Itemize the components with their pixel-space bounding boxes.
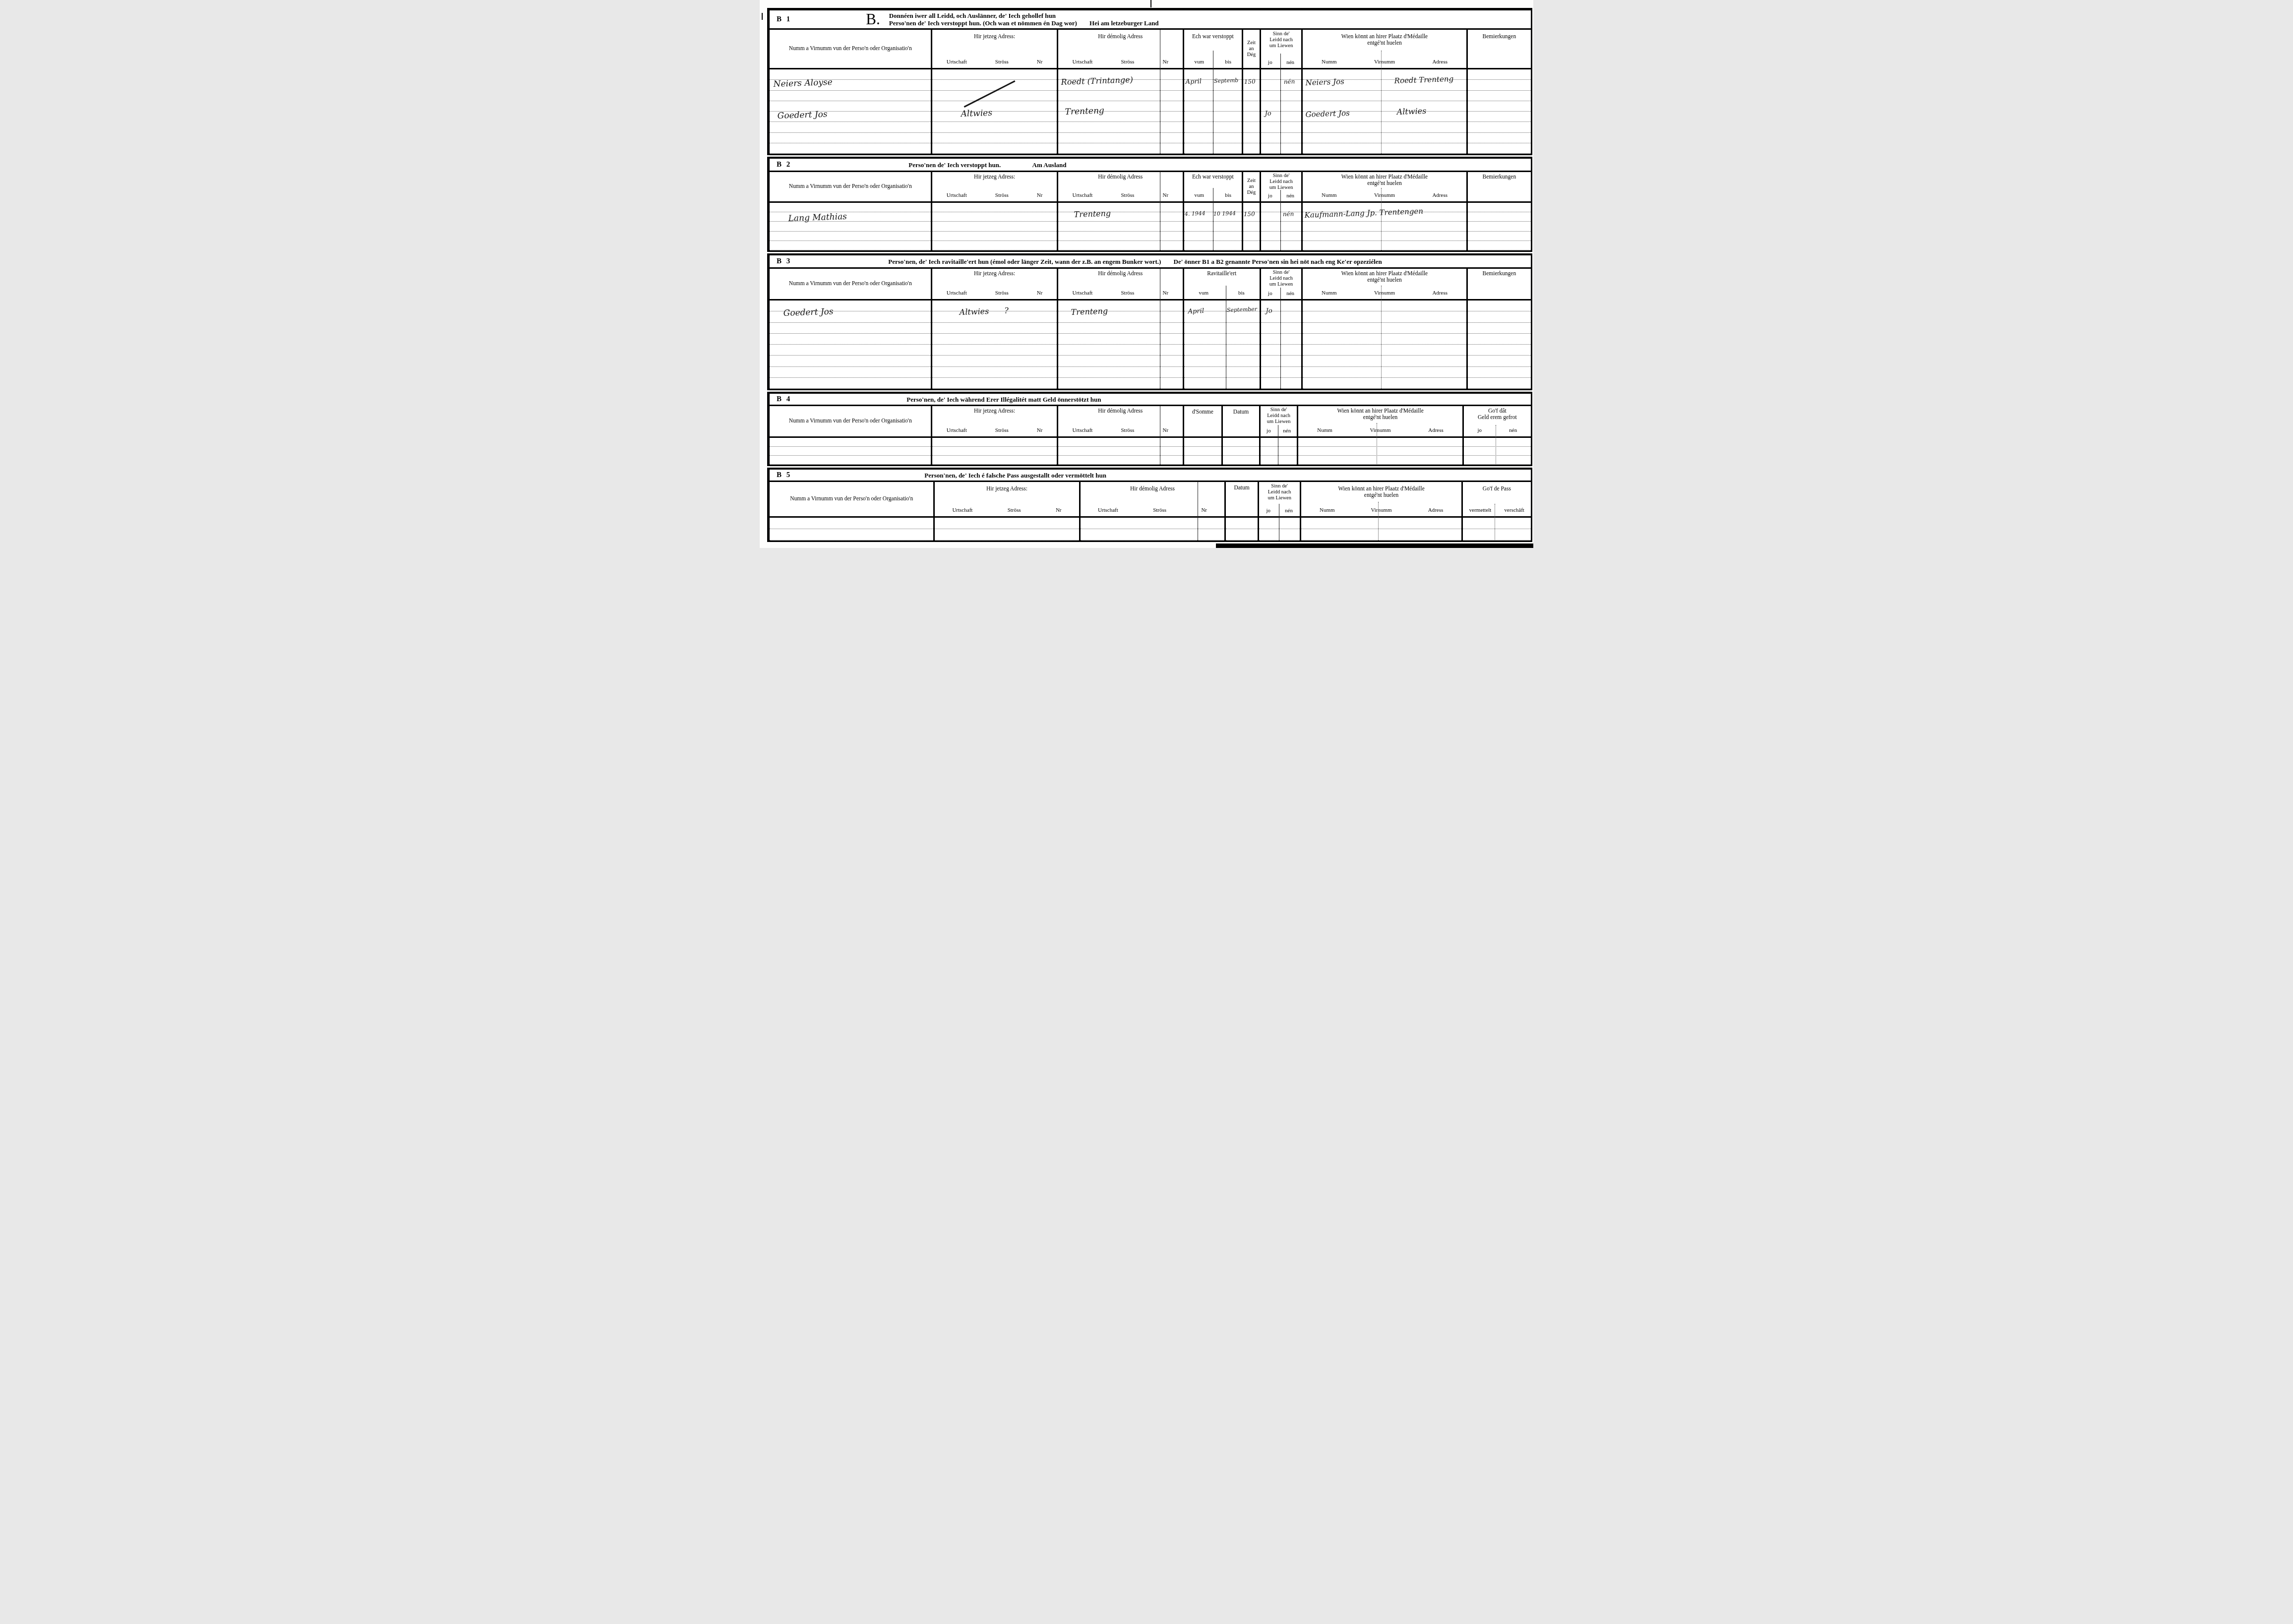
writing-guide-line xyxy=(1468,232,1531,241)
writing-guide-line xyxy=(770,447,931,456)
divider-nr xyxy=(1198,482,1198,541)
section-b3: B 3 Perso'nen, de' Iech ravitaille'ert h… xyxy=(767,253,1532,390)
writing-guide-line xyxy=(770,133,931,143)
writing-guide-line xyxy=(1058,91,1183,101)
writing-guide-line xyxy=(1261,143,1302,154)
divider-vum-bis xyxy=(1226,286,1226,389)
writing-guide-line xyxy=(1243,133,1260,143)
b5-current-address-header: Hir jetzeg Adress: Urtschaft Ströss Nr xyxy=(935,482,1079,518)
handwriting-b1r1-medal-adress: Roedt Trenteng xyxy=(1394,74,1454,85)
b2-alive-data: nén xyxy=(1261,203,1302,250)
handwriting-b1r2-name: Goedert Jos xyxy=(777,109,828,121)
b2-section-header: B 2 Perso'nen de' Iech verstoppt hun. Am… xyxy=(770,159,1531,172)
writing-guide-line xyxy=(770,356,931,366)
writing-guide-line xyxy=(1261,456,1297,465)
b2-col-alive: Sinn de' Leidd nach um Liewen jo nén nén xyxy=(1261,172,1303,250)
writing-guide-line xyxy=(1468,122,1531,132)
b4-current-address-data xyxy=(932,438,1057,465)
b1-name-data: Neiers Aloyse Goedert Jos xyxy=(770,69,931,154)
writing-guide-line xyxy=(1303,222,1466,231)
writing-guide-line xyxy=(932,447,1057,456)
writing-guide-line xyxy=(770,232,931,241)
writing-guide-line xyxy=(1303,143,1466,154)
b2-former-address-header: Hir démolig Adress Urtschaft Ströss Nr xyxy=(1058,172,1183,203)
b4-name-data xyxy=(770,438,931,465)
writing-guide-line xyxy=(1261,203,1302,212)
writing-guide-line xyxy=(1184,438,1222,447)
b2-current-address-data xyxy=(932,203,1057,250)
b3-current-address-header: Hir jetzeg Adress: Urtschaft Ströss Nr xyxy=(932,269,1057,301)
b1-former-address-header: Hir démolig Adress Urtschaft Ströss Nr xyxy=(1058,30,1183,69)
writing-guide-line xyxy=(1058,241,1183,250)
writing-guide-line xyxy=(1261,69,1302,80)
b2-col-hidden-period: Ech war verstoppt vum bis 4. 1944 10 194… xyxy=(1184,172,1243,250)
b3-alive-header: Sinn de' Leidd nach um Liewen jo nén xyxy=(1261,269,1302,301)
writing-guide-line xyxy=(1468,345,1531,356)
handwriting-b1r1-former: Roedt (Trintange) xyxy=(1061,75,1133,87)
writing-guide-line xyxy=(1243,222,1260,231)
writing-guide-line xyxy=(1261,80,1302,90)
scan-artifact-mark-left xyxy=(762,13,763,20)
divider-vum-bis xyxy=(1213,188,1213,250)
writing-guide-line xyxy=(1301,529,1461,541)
b1-col-name: Numm a Virnumm vun der Perso'n oder Orga… xyxy=(770,30,932,154)
handwriting-b1r1-vum: April xyxy=(1185,78,1202,86)
writing-guide-line xyxy=(770,529,933,541)
writing-guide-line xyxy=(1261,323,1302,334)
handwriting-b1r2-former: Trenteng xyxy=(1065,106,1104,117)
writing-guide-line xyxy=(1468,80,1531,90)
writing-guide-line xyxy=(770,323,931,334)
handwriting-b2r1-zeit: 150 xyxy=(1244,210,1255,218)
writing-guide-line xyxy=(932,122,1057,132)
writing-guide-line xyxy=(1058,222,1183,231)
b2-remarks-header: Bemierkungen xyxy=(1468,172,1531,203)
scan-artifact-tick-top xyxy=(1150,0,1151,7)
form-letter-b: B. xyxy=(866,12,880,26)
b1-col-former-address: Hir démolig Adress Urtschaft Ströss Nr R… xyxy=(1058,30,1184,154)
writing-guide-line xyxy=(1468,323,1531,334)
writing-guide-line xyxy=(1303,356,1466,366)
writing-guide-line xyxy=(1261,122,1302,132)
b1-name-header: Numm a Virnumm vun der Perso'n oder Orga… xyxy=(770,30,931,69)
writing-guide-line xyxy=(1261,378,1302,389)
b5-name-data xyxy=(770,518,933,541)
divider-virnumm-adress xyxy=(1381,188,1382,250)
b1-current-address-data: Altwies xyxy=(932,69,1057,154)
writing-guide-line xyxy=(1468,101,1531,112)
writing-guide-line xyxy=(1243,241,1260,250)
section-b2: B 2 Perso'nen de' Iech verstoppt hun. Am… xyxy=(767,157,1532,252)
b5-col-former-address: Hir démolig Adress Urtschaft Ströss Nr xyxy=(1081,482,1226,541)
b5-former-address-header: Hir démolig Adress Urtschaft Ströss Nr xyxy=(1081,482,1224,518)
b5-section-header: B 5 Person'nen, de' Iech é falsche Pass … xyxy=(770,470,1531,482)
writing-guide-line xyxy=(932,222,1057,231)
b3-col-name: Numm a Virnumm vun der Perso'n oder Orga… xyxy=(770,269,932,389)
writing-guide-line xyxy=(1223,456,1259,465)
b1-title-bold: Hei am letzeburger Land xyxy=(1089,19,1159,27)
scan-artifact-bar-bottom xyxy=(1216,543,1533,548)
b3-medal-header: Wien könnt an hirer Plaatz d'Médaille en… xyxy=(1303,269,1466,301)
writing-guide-line xyxy=(1298,456,1462,465)
writing-guide-line xyxy=(1243,122,1260,132)
writing-guide-line xyxy=(1468,133,1531,143)
writing-guide-line xyxy=(932,80,1057,90)
writing-guide-line xyxy=(1464,447,1531,456)
writing-guide-line xyxy=(1058,378,1183,389)
b1-medal-data: Neiers Jos Roedt Trenteng Goedert Jos Al… xyxy=(1303,69,1466,154)
b4-col-name: Numm a Virnumm vun der Perso'n oder Orga… xyxy=(770,406,932,465)
handwriting-b1r1-name: Neiers Aloyse xyxy=(773,77,833,89)
handwriting-b3r1-current: Altwies ? xyxy=(960,306,1009,317)
b3-alive-data: Jo xyxy=(1261,301,1302,389)
divider-nr xyxy=(1160,30,1160,154)
b2-col-current-address: Hir jetzeg Adress: Urtschaft Ströss Nr xyxy=(932,172,1058,250)
b4-medal-data xyxy=(1298,438,1462,465)
b5-col-name: Numm a Virnumm vun der Perso'n oder Orga… xyxy=(770,482,935,541)
handwriting-b2r1-vum: 4. 1944 xyxy=(1184,210,1205,217)
writing-guide-line xyxy=(1243,91,1260,101)
writing-guide-line xyxy=(1468,112,1531,122)
divider-jo-nen xyxy=(1496,425,1496,465)
writing-guide-line xyxy=(1058,356,1183,366)
b1-col-hidden-period: Ech war verstoppt vum bis April Septemb xyxy=(1184,30,1243,154)
writing-guide-line xyxy=(1261,367,1302,378)
handwriting-b3r1-jo: Jo xyxy=(1266,307,1272,315)
b2-title: Perso'nen de' Iech verstoppt hun. Am Aus… xyxy=(908,161,1066,169)
b3-remarks-data xyxy=(1468,301,1531,389)
b5-col-medal: Wien könnt an hirer Plaatz d'Médaille en… xyxy=(1301,482,1462,541)
writing-guide-line xyxy=(1081,529,1224,541)
writing-guide-line xyxy=(1261,241,1302,250)
b2-col-former-address: Hir démolig Adress Urtschaft Ströss Nr T… xyxy=(1058,172,1184,250)
section-b1: B 1 B. Donnéen iwer all Leidd, och Auslä… xyxy=(767,8,1532,155)
b1-tag: B 1 xyxy=(777,15,791,24)
writing-guide-line xyxy=(1303,301,1466,311)
b3-name-header: Numm a Virnumm vun der Perso'n oder Orga… xyxy=(770,269,931,301)
handwriting-b3r1-name: Goedert Jos xyxy=(783,306,834,318)
writing-guide-line xyxy=(1303,91,1466,101)
writing-guide-line xyxy=(1058,133,1183,143)
writing-guide-line xyxy=(932,241,1057,250)
handwriting-b3r1-former: Trenteng xyxy=(1071,306,1108,317)
writing-guide-line xyxy=(1058,367,1183,378)
b4-amount-data xyxy=(1184,438,1222,465)
writing-guide-line xyxy=(1468,301,1531,311)
b3-supplied-header: Ravitaille'ert vum bis xyxy=(1184,269,1260,301)
writing-guide-line xyxy=(1261,232,1302,241)
writing-guide-line xyxy=(1261,222,1302,231)
writing-guide-line xyxy=(1058,345,1183,356)
writing-guide-line xyxy=(932,323,1057,334)
writing-guide-line xyxy=(1184,345,1260,356)
b5-name-header: Numm a Virnumm vun der Perso'n oder Orga… xyxy=(770,482,933,518)
b4-col-former-address: Hir démolig Adress Urtschaft Ströss Nr xyxy=(1058,406,1184,465)
handwriting-b1r1-zeit: 150 xyxy=(1244,78,1256,85)
divider-nr xyxy=(1160,172,1160,250)
b2-title-bold: Am Ausland xyxy=(1032,161,1067,169)
divider-vermettelt-verschaft xyxy=(1495,504,1495,541)
b2-remarks-data xyxy=(1468,203,1531,250)
b2-name-header: Numm a Virnumm vun der Perso'n oder Orga… xyxy=(770,172,931,203)
writing-guide-line xyxy=(1243,112,1260,122)
writing-guide-line xyxy=(1468,203,1531,212)
writing-guide-line xyxy=(1058,323,1183,334)
b4-current-address-header: Hir jetzeg Adress: Urtschaft Ströss Nr xyxy=(932,406,1057,438)
b3-supplied-data: April September xyxy=(1184,301,1260,389)
b2-col-days: Zeit an Dég 150 xyxy=(1243,172,1261,250)
writing-guide-line xyxy=(1261,345,1302,356)
writing-guide-line xyxy=(932,232,1057,241)
divider-virnumm-adress xyxy=(1377,423,1377,465)
b5-date-header: Datum xyxy=(1226,482,1258,518)
writing-guide-line xyxy=(1303,345,1466,356)
writing-guide-line xyxy=(1261,91,1302,101)
divider-jo-nen xyxy=(1280,288,1281,389)
handwriting-b2r1-name: Lang Mathias xyxy=(788,212,847,224)
writing-guide-line xyxy=(1261,334,1302,345)
writing-guide-line xyxy=(1184,356,1260,366)
divider-virnumm-adress xyxy=(1378,502,1379,541)
writing-guide-line xyxy=(932,334,1057,345)
writing-guide-line xyxy=(1223,438,1259,447)
writing-guide-line xyxy=(1259,529,1300,541)
b4-section-header: B 4 Perso'nen, de' Iech während Erer Ill… xyxy=(770,394,1531,406)
divider-nr xyxy=(1160,406,1160,465)
handwriting-b3r1-bis: September xyxy=(1226,306,1257,313)
section-b5: B 5 Person'nen, de' Iech é falsche Pass … xyxy=(767,468,1532,542)
writing-guide-line xyxy=(935,518,1079,529)
b5-medal-header: Wien könnt an hirer Plaatz d'Médaille en… xyxy=(1301,482,1461,518)
writing-guide-line xyxy=(1303,378,1466,389)
writing-guide-line xyxy=(770,143,931,154)
writing-guide-line xyxy=(1261,133,1302,143)
writing-guide-line xyxy=(1468,356,1531,366)
b5-current-address-data xyxy=(935,518,1079,541)
b5-tag: B 5 xyxy=(777,471,791,480)
b4-name-header: Numm a Virnumm vun der Perso'n oder Orga… xyxy=(770,406,931,438)
writing-guide-line xyxy=(1303,241,1466,250)
b2-days-header: Zeit an Dég xyxy=(1243,172,1260,203)
writing-guide-line xyxy=(770,367,931,378)
writing-guide-line xyxy=(932,456,1057,465)
writing-guide-line xyxy=(1184,323,1260,334)
writing-guide-line xyxy=(1301,518,1461,529)
divider-vum-bis xyxy=(1213,51,1213,154)
b5-pass-data xyxy=(1463,518,1531,541)
b4-amount-header: d'Somme xyxy=(1184,406,1222,438)
writing-guide-line xyxy=(1058,143,1183,154)
b5-alive-data xyxy=(1259,518,1300,541)
b1-remarks-data xyxy=(1468,69,1531,154)
writing-guide-line xyxy=(932,143,1057,154)
writing-guide-line xyxy=(932,345,1057,356)
b4-col-alive: Sinn de' Leidd nach um Liewen jo nén xyxy=(1261,406,1299,465)
writing-guide-line xyxy=(1226,518,1258,529)
writing-guide-line xyxy=(935,529,1079,541)
writing-guide-line xyxy=(1058,334,1183,345)
b3-remarks-header: Bemierkungen xyxy=(1468,269,1531,301)
b4-date-header: Datum xyxy=(1223,406,1259,438)
b1-alive-data: nén Jo xyxy=(1261,69,1302,154)
b2-table: Numm a Virnumm vun der Perso'n oder Orga… xyxy=(770,172,1531,250)
writing-guide-line xyxy=(1184,456,1222,465)
writing-guide-line xyxy=(1468,241,1531,250)
writing-guide-line xyxy=(1184,378,1260,389)
writing-guide-line xyxy=(1463,518,1531,529)
b5-col-current-address: Hir jetzeg Adress: Urtschaft Ströss Nr xyxy=(935,482,1080,541)
b5-col-alive: Sinn de' Leidd nach um Liewen jo nén xyxy=(1259,482,1302,541)
b1-title-line1: Donnéen iwer all Leidd, och Auslänner, d… xyxy=(889,12,1056,19)
b3-col-supplied-period: Ravitaille'ert vum bis April September xyxy=(1184,269,1261,389)
b3-section-header: B 3 Perso'nen, de' Iech ravitaille'ert h… xyxy=(770,255,1531,269)
b2-col-name: Numm a Virnumm vun der Perso'n oder Orga… xyxy=(770,172,932,250)
handwriting-dash-mark xyxy=(964,80,1016,108)
b3-medal-data xyxy=(1303,301,1466,389)
handwriting-b1r2-medal-adress: Altwies xyxy=(1397,106,1427,117)
b1-table: Numm a Virnumm vun der Perso'n oder Orga… xyxy=(770,30,1531,154)
scanned-form-page: B 1 B. Donnéen iwer all Leidd, och Auslä… xyxy=(760,0,1533,548)
writing-guide-line xyxy=(770,241,931,250)
writing-guide-line xyxy=(1243,143,1260,154)
divider-virnumm-adress xyxy=(1381,286,1382,389)
writing-guide-line xyxy=(770,438,931,447)
writing-guide-line xyxy=(932,438,1057,447)
b2-tag: B 2 xyxy=(777,161,791,169)
b5-alive-header: Sinn de' Leidd nach um Liewen jo nén xyxy=(1259,482,1300,518)
writing-guide-line xyxy=(1261,447,1297,456)
writing-guide-line xyxy=(1468,311,1531,322)
writing-guide-line xyxy=(932,203,1057,212)
writing-guide-line xyxy=(1058,438,1183,447)
handwriting-b2r1-medal: Kaufmann-Lang Jp. Trentengen xyxy=(1305,207,1424,220)
writing-guide-line xyxy=(1184,367,1260,378)
writing-guide-line xyxy=(932,112,1057,122)
b3-title-bold: De' önner B1 a B2 genannte Perso'nen sin… xyxy=(1174,258,1382,265)
b3-name-data: Goedert Jos xyxy=(770,301,931,389)
handwriting-b2r1-bis: 10 1944 xyxy=(1213,210,1236,217)
writing-guide-line xyxy=(1468,212,1531,222)
b4-col-money-reclaimed: Go'f dât Geld erem gefrot jo nén xyxy=(1464,406,1531,465)
b5-date-data xyxy=(1226,518,1258,541)
writing-guide-line xyxy=(1298,438,1462,447)
handwriting-b1r1-medal-name: Neiers Jos xyxy=(1306,77,1345,87)
b4-money-header: Go'f dât Geld erem gefrot jo nén xyxy=(1464,406,1531,438)
b3-col-current-address: Hir jetzeg Adress: Urtschaft Ströss Nr A… xyxy=(932,269,1058,389)
b5-table: Numm a Virnumm vun der Perso'n oder Orga… xyxy=(770,482,1531,541)
writing-guide-line xyxy=(1303,232,1466,241)
b2-former-address-data: Trenteng xyxy=(1058,203,1183,250)
b5-former-address-data xyxy=(1081,518,1224,541)
writing-guide-line xyxy=(1243,232,1260,241)
b1-col-days: Zeit an Dég 150 xyxy=(1243,30,1261,154)
writing-guide-line xyxy=(1303,133,1466,143)
b3-col-former-address: Hir démolig Adress Urtschaft Ströss Nr T… xyxy=(1058,269,1184,389)
b2-medal-header: Wien könnt an hirer Plaatz d'Médaille en… xyxy=(1303,172,1466,203)
b4-alive-header: Sinn de' Leidd nach um Liewen jo nén xyxy=(1261,406,1297,438)
writing-guide-line xyxy=(1464,438,1531,447)
handwriting-b3r1-vum: April xyxy=(1188,307,1204,315)
writing-guide-line xyxy=(1468,91,1531,101)
b1-title-line2: Perso'nen de' Iech verstoppt hun. (Och w… xyxy=(889,19,1077,27)
b4-col-medal: Wien könnt an hirer Plaatz d'Médaille en… xyxy=(1298,406,1463,465)
section-b4: B 4 Perso'nen, de' Iech während Erer Ill… xyxy=(767,392,1532,466)
b1-alive-header: Sinn de' Leidd nach um Liewen jo nén xyxy=(1261,30,1302,69)
b4-alive-data xyxy=(1261,438,1297,465)
b5-col-date: Datum xyxy=(1226,482,1259,541)
writing-guide-line xyxy=(770,518,933,529)
handwriting-b1r1-nen: nén xyxy=(1283,78,1295,85)
writing-guide-line xyxy=(1058,447,1183,456)
b4-col-amount: d'Somme xyxy=(1184,406,1223,465)
b4-date-data xyxy=(1223,438,1259,465)
handwriting-b2r1-former: Trenteng xyxy=(1074,208,1111,219)
writing-guide-line xyxy=(1223,447,1259,456)
b3-tag: B 3 xyxy=(777,257,791,266)
b2-col-remarks: Bemierkungen xyxy=(1468,172,1531,250)
divider-jo-nen xyxy=(1280,190,1281,250)
writing-guide-line xyxy=(932,212,1057,222)
b2-current-address-header: Hir jetzeg Adress: Urtschaft Ströss Nr xyxy=(932,172,1057,203)
writing-guide-line xyxy=(1468,222,1531,231)
b1-medal-header: Wien könnt an hirer Plaatz d'Médaille en… xyxy=(1303,30,1466,69)
writing-guide-line xyxy=(1184,447,1222,456)
writing-guide-line xyxy=(932,133,1057,143)
b4-col-current-address: Hir jetzeg Adress: Urtschaft Ströss Nr xyxy=(932,406,1058,465)
writing-guide-line xyxy=(770,345,931,356)
writing-guide-line xyxy=(1243,101,1260,112)
writing-guide-line xyxy=(1303,323,1466,334)
b3-former-address-data: Trenteng xyxy=(1058,301,1183,389)
b2-medal-data: Kaufmann-Lang Jp. Trentengen xyxy=(1303,203,1466,250)
b5-medal-data xyxy=(1301,518,1461,541)
writing-guide-line xyxy=(770,378,931,389)
b2-col-medal: Wien könnt an hirer Plaatz d'Médaille en… xyxy=(1303,172,1467,250)
b1-col-medal: Wien könnt an hirer Plaatz d'Médaille en… xyxy=(1303,30,1467,154)
divider-nr xyxy=(1160,269,1160,389)
handwriting-b1r1-bis: Septemb xyxy=(1213,77,1238,84)
b1-section-header: B 1 B. Donnéen iwer all Leidd, och Auslä… xyxy=(770,10,1531,30)
writing-guide-line xyxy=(770,203,931,212)
writing-guide-line xyxy=(770,122,931,132)
writing-guide-line xyxy=(1226,529,1258,541)
b4-former-address-data xyxy=(1058,438,1183,465)
writing-guide-line xyxy=(1468,378,1531,389)
writing-guide-line xyxy=(932,69,1057,80)
writing-guide-line xyxy=(1058,122,1183,132)
handwriting-b1r2-current: Altwies xyxy=(961,108,993,119)
writing-guide-line xyxy=(932,378,1057,389)
writing-guide-line xyxy=(1298,447,1462,456)
handwriting-b1r2-medal-name: Goedert Jos xyxy=(1306,109,1350,119)
b2-alive-header: Sinn de' Leidd nach um Liewen jo nén xyxy=(1261,172,1302,203)
b2-days-data: 150 xyxy=(1243,203,1260,250)
b5-pass-header: Go'f de Pass vermettelt verschâft xyxy=(1463,482,1531,518)
writing-guide-line xyxy=(770,334,931,345)
handwriting-b1r2-jo: Jo xyxy=(1265,110,1271,118)
writing-guide-line xyxy=(1468,143,1531,154)
b4-table: Numm a Virnumm vun der Perso'n oder Orga… xyxy=(770,406,1531,465)
writing-guide-line xyxy=(1261,212,1302,222)
divider-jo-nen xyxy=(1280,54,1281,154)
b1-current-address-header: Hir jetzeg Adress: Urtschaft Ströss Nr xyxy=(932,30,1057,69)
writing-guide-line xyxy=(1058,456,1183,465)
writing-guide-line xyxy=(770,91,931,101)
writing-guide-line xyxy=(932,367,1057,378)
b4-former-address-header: Hir démolig Adress Urtschaft Ströss Nr xyxy=(1058,406,1183,438)
writing-guide-line xyxy=(1184,334,1260,345)
b2-name-data: Lang Mathias xyxy=(770,203,931,250)
